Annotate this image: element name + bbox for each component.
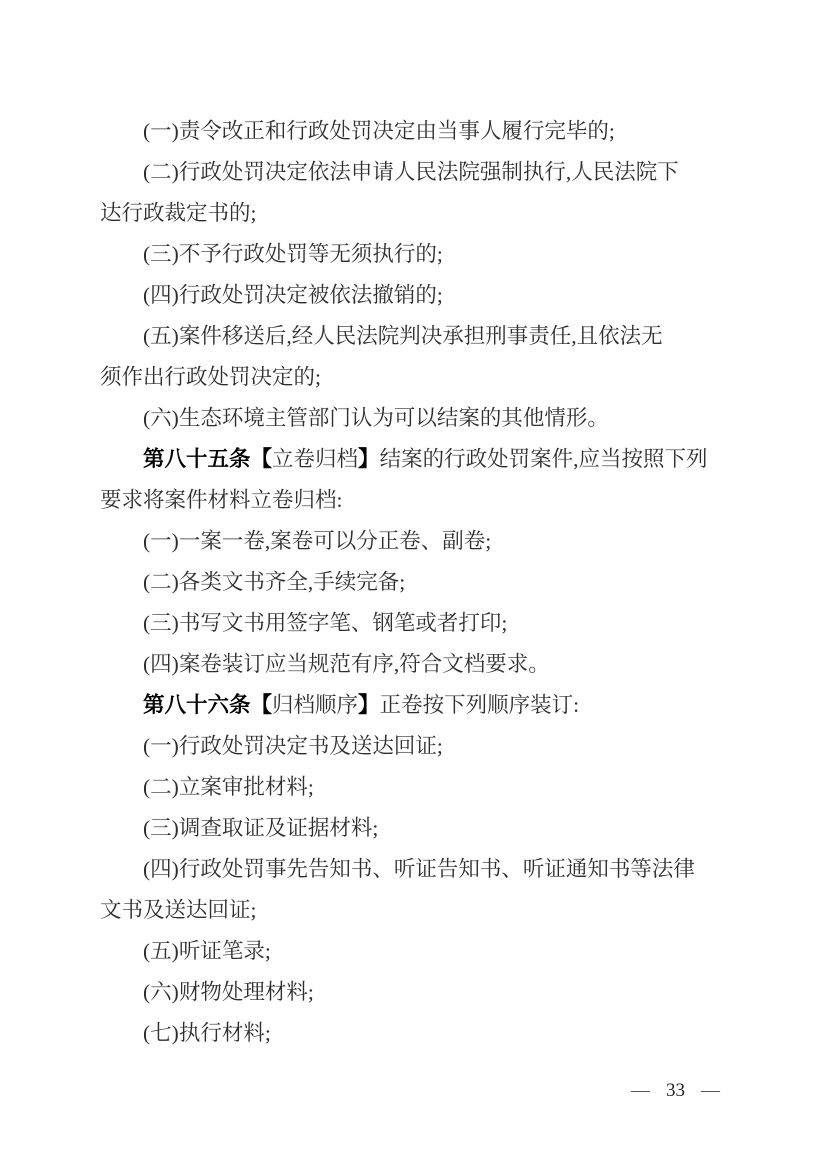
body-text: 须作出行政处罚决定的; (100, 365, 321, 389)
page-number-dash-left: — (631, 1080, 650, 1101)
text-line: 达行政裁定书的; (100, 193, 726, 234)
body-text: (三)调查取证及证据材料; (143, 816, 378, 840)
text-line: (三)书写文书用签字笔、钢笔或者打印; (100, 603, 726, 644)
body-text: 要求将案件材料立卷归档: (100, 488, 342, 512)
text-line: 第八十六条【归档顺序】正卷按下列顺序装订: (100, 685, 726, 726)
body-text: 结案的行政处罚案件,应当按照下列 (380, 447, 708, 471)
body-text: (六)财物处理材料; (143, 980, 314, 1004)
body-text: 达行政裁定书的; (100, 201, 256, 225)
text-line: 第八十五条【立卷归档】结案的行政处罚案件,应当按照下列 (100, 439, 726, 480)
text-line: (七)执行材料; (100, 1013, 726, 1054)
body-text: (五)案件移送后,经人民法院判决承担刑事责任,且依法无 (143, 324, 663, 348)
body-text: (二)各类文书齐全,手续完备; (143, 570, 405, 594)
body-text: (二)立案审批材料; (143, 775, 314, 799)
body-text: (三)书写文书用签字笔、钢笔或者打印; (143, 611, 507, 635)
article-number: 第八十五条 (143, 447, 251, 471)
text-line: 文书及送达回证; (100, 890, 726, 931)
text-line: (六)财物处理材料; (100, 972, 726, 1013)
body-text: (一)行政处罚决定书及送达回证; (143, 734, 443, 758)
text-line: (六)生态环境主管部门认为可以结案的其他情形。 (100, 398, 726, 439)
body-text: (七)执行材料; (143, 1021, 271, 1045)
body-text: (四)行政处罚决定被依法撤销的; (143, 283, 443, 307)
text-block: (一)责令改正和行政处罚决定由当事人履行完毕的;(二)行政处罚决定依法申请人民法… (100, 111, 726, 1054)
text-line: (一)责令改正和行政处罚决定由当事人履行完毕的; (100, 111, 726, 152)
text-line: (四)案卷装订应当规范有序,符合文档要求。 (100, 644, 726, 685)
text-line: (四)行政处罚决定被依法撤销的; (100, 275, 726, 316)
text-line: (二)各类文书齐全,手续完备; (100, 562, 726, 603)
article-number: 】 (358, 693, 380, 717)
article-number: 【 (251, 447, 273, 471)
body-text: (二)行政处罚决定依法申请人民法院强制执行,人民法院下 (143, 160, 679, 184)
body-text: (四)行政处罚事先告知书、听证告知书、听证通知书等法律 (143, 857, 695, 881)
text-line: (四)行政处罚事先告知书、听证告知书、听证通知书等法律 (100, 849, 726, 890)
text-line: (三)不予行政处罚等无须执行的; (100, 234, 726, 275)
body-text: (一)责令改正和行政处罚决定由当事人履行完毕的; (143, 119, 615, 143)
article-number: 第八十六条 (143, 693, 251, 717)
body-text: 正卷按下列顺序装订: (380, 693, 579, 717)
body-text: (一)一案一卷,案卷可以分正卷、副卷; (143, 529, 491, 553)
document-page: (一)责令改正和行政处罚决定由当事人履行完毕的;(二)行政处罚决定依法申请人民法… (0, 0, 826, 1169)
article-title: 归档顺序 (272, 693, 358, 717)
text-line: (五)听证笔录; (100, 931, 726, 972)
article-title: 立卷归档 (272, 447, 358, 471)
body-text: (四)案卷装订应当规范有序,符合文档要求。 (143, 652, 550, 676)
article-number: 【 (251, 693, 273, 717)
text-line: (二)立案审批材料; (100, 767, 726, 808)
text-line: (五)案件移送后,经人民法院判决承担刑事责任,且依法无 (100, 316, 726, 357)
page-number: —33— (631, 1078, 720, 1104)
text-line: (三)调查取证及证据材料; (100, 808, 726, 849)
text-line: (一)一案一卷,案卷可以分正卷、副卷; (100, 521, 726, 562)
text-line: 要求将案件材料立卷归档: (100, 480, 726, 521)
text-line: 须作出行政处罚决定的; (100, 357, 726, 398)
text-line: (一)行政处罚决定书及送达回证; (100, 726, 726, 767)
body-text: (五)听证笔录; (143, 939, 271, 963)
article-number: 】 (358, 447, 380, 471)
text-line: (二)行政处罚决定依法申请人民法院强制执行,人民法院下 (100, 152, 726, 193)
body-text: (三)不予行政处罚等无须执行的; (143, 242, 443, 266)
body-text: 文书及送达回证; (100, 898, 256, 922)
body-text: (六)生态环境主管部门认为可以结案的其他情形。 (143, 406, 609, 430)
page-number-value: 33 (666, 1080, 685, 1101)
page-number-dash-right: — (701, 1080, 720, 1101)
